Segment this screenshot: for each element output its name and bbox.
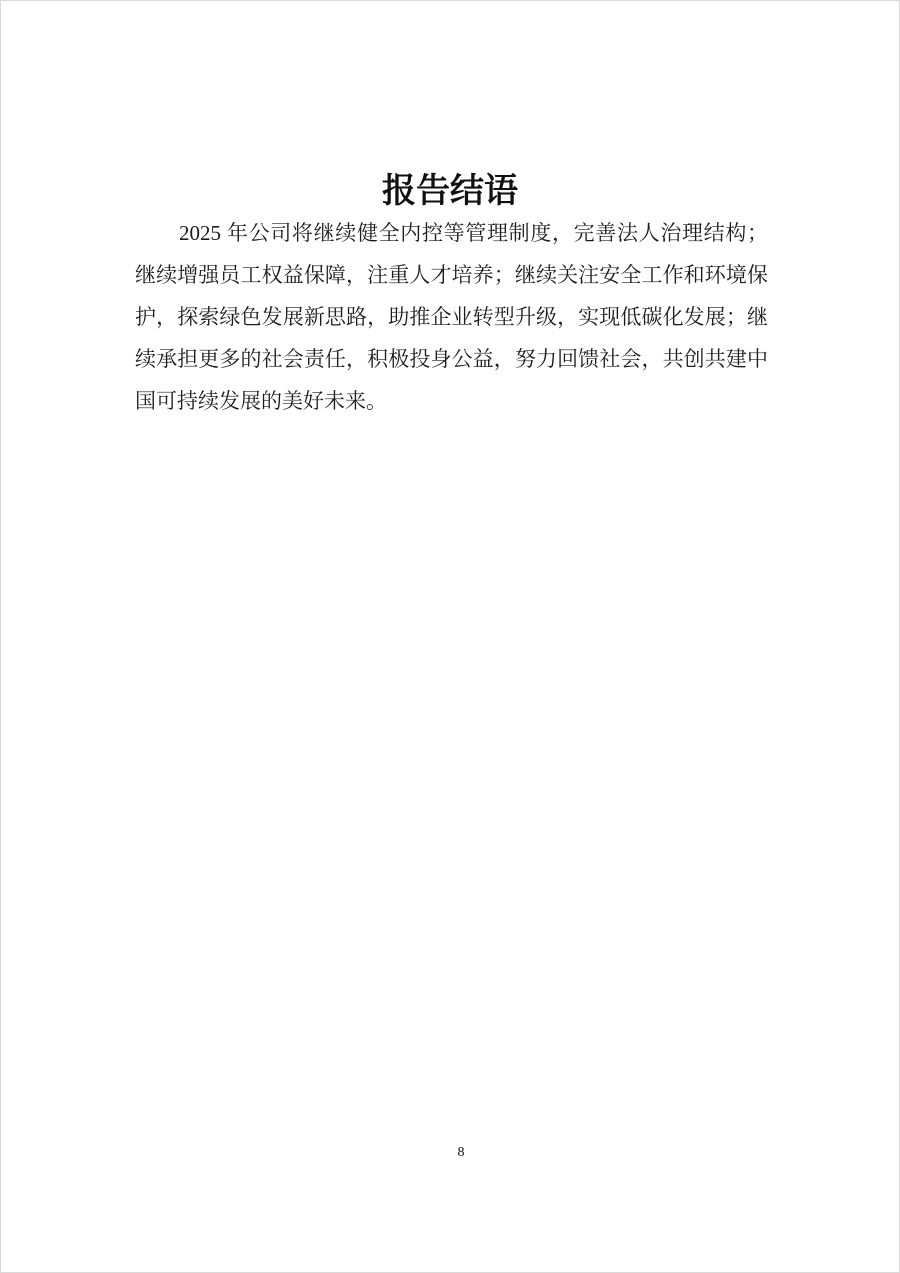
paragraph-line: 继续增强员工权益保障，注重人才培养；继续关注安全工作和环境保 <box>135 254 768 296</box>
page-number: 8 <box>12 1145 900 1161</box>
paragraph-line: 国可持续发展的美好未来。 <box>135 380 768 422</box>
document-page: 报告结语 2025 年公司将继续健全内控等管理制度，完善法人治理结构； 继续增强… <box>0 0 900 1273</box>
conclusion-paragraph: 2025 年公司将继续健全内控等管理制度，完善法人治理结构； 继续增强员工权益保… <box>135 212 768 422</box>
page-title: 报告结语 <box>1 171 899 212</box>
paragraph-line: 续承担更多的社会责任，积极投身公益，努力回馈社会，共创共建中 <box>135 338 768 380</box>
paragraph-line: 2025 年公司将继续健全内控等管理制度，完善法人治理结构； <box>135 212 768 254</box>
paragraph-line: 护，探索绿色发展新思路，助推企业转型升级，实现低碳化发展；继 <box>135 296 768 338</box>
